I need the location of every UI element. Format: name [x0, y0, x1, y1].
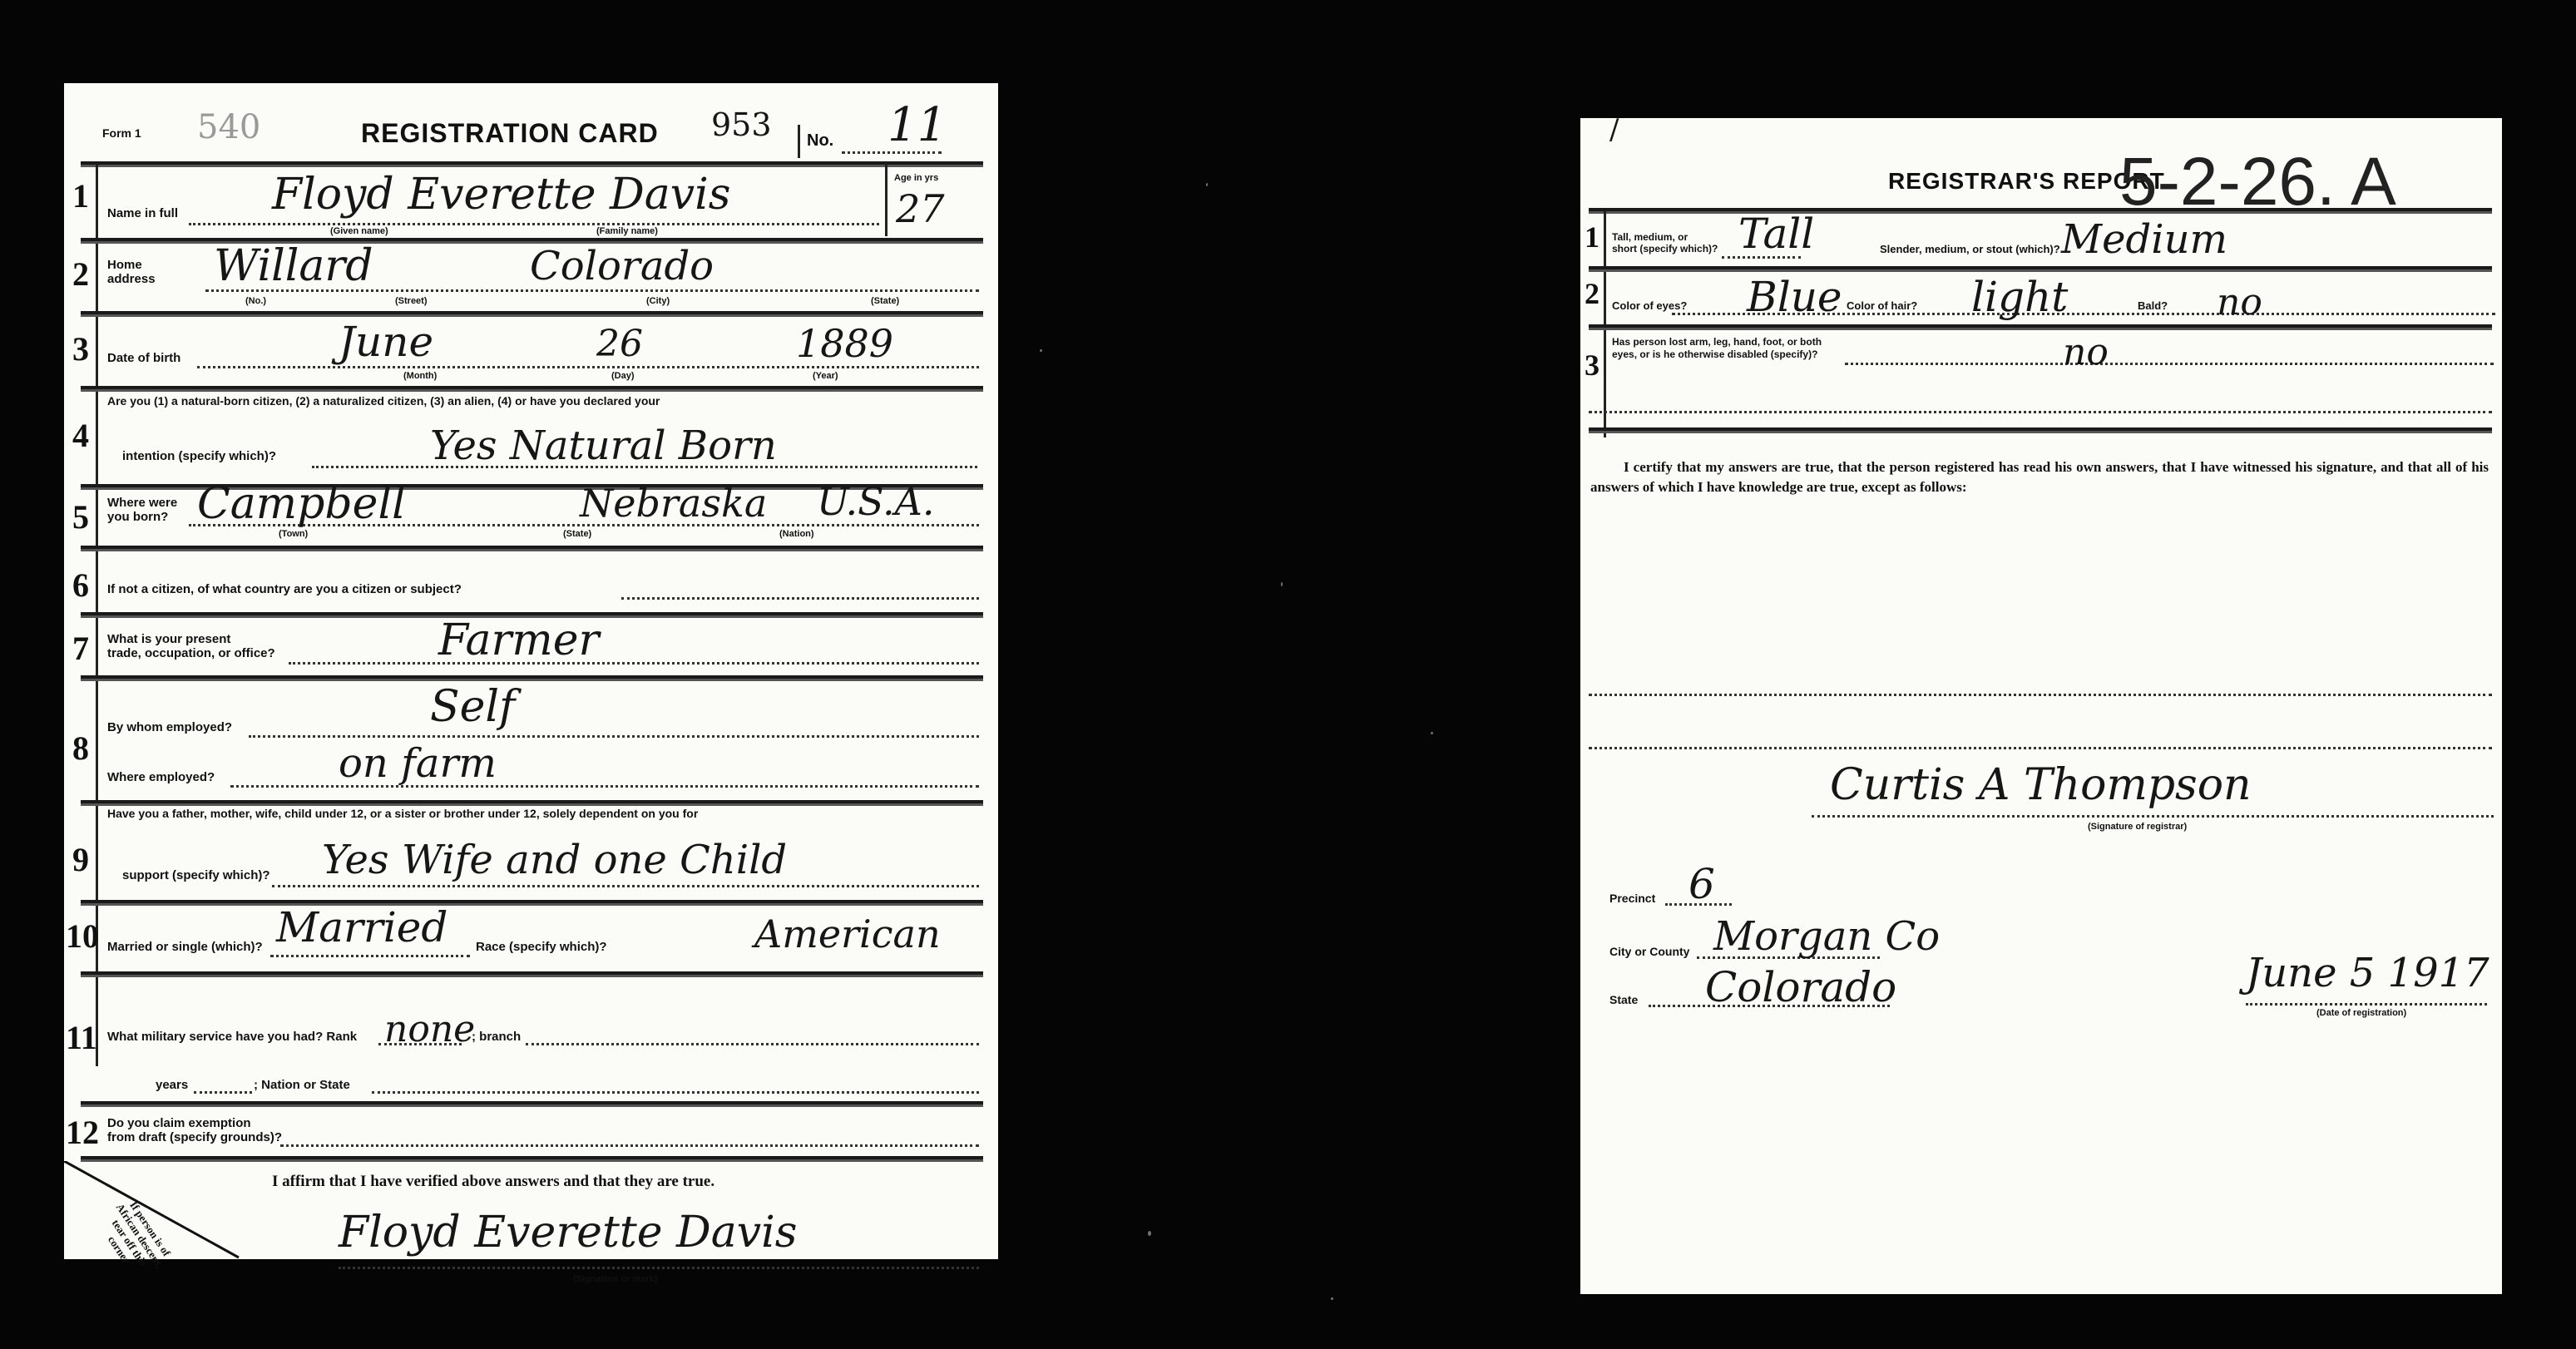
- row-number: 3: [1585, 348, 1599, 383]
- name-label: Name in full: [107, 206, 178, 220]
- given-name-caption: (Given name): [330, 226, 388, 236]
- row-number: 3: [72, 329, 89, 368]
- dob-year-value: 1889: [796, 321, 893, 366]
- affirmation-text: I affirm that I have verified above answ…: [272, 1173, 714, 1191]
- row-number: 4: [72, 416, 89, 455]
- registrar-signature-caption: (Signature of registrar): [2088, 822, 2187, 832]
- pencil-number: 540: [197, 108, 260, 146]
- employer-value: Self: [430, 682, 515, 732]
- military-rank-label: What military service have you had? Rank: [107, 1030, 357, 1044]
- street-caption: (Street): [395, 296, 428, 306]
- state-label: State: [1609, 993, 1638, 1006]
- hair-color-value: light: [1971, 273, 2068, 321]
- dob-day-value: 26: [596, 323, 643, 365]
- foreign-citizenship-label: If not a citizen, of what country are yo…: [107, 582, 462, 596]
- employment-place-value: on farm: [339, 740, 497, 787]
- bald-label: Bald?: [2138, 299, 2168, 312]
- registrant-signature: Floyd Everette Davis: [339, 1208, 797, 1258]
- row-number: 8: [72, 729, 89, 768]
- film-speck: [1206, 183, 1208, 186]
- state-caption: (State): [871, 296, 899, 306]
- registrars-report-card: / REGISTRAR'S REPORT 5-2-26. A 1 Tall, m…: [1580, 118, 2502, 1294]
- citizenship-value: Yes Natural Born: [430, 422, 777, 469]
- age-value: 27: [896, 186, 945, 231]
- film-speck: [1281, 582, 1283, 586]
- film-speck: [1148, 1231, 1151, 1236]
- signature-caption: (Signature or mark): [573, 1274, 657, 1284]
- film-speck: [1431, 732, 1433, 734]
- birth-town-value: Campbell: [197, 479, 406, 529]
- city-caption: (City): [646, 296, 670, 306]
- month-caption: (Month): [403, 371, 437, 381]
- no-caption: (No.): [245, 296, 266, 306]
- form-label: Form 1: [102, 126, 141, 140]
- nation-caption: (Nation): [779, 529, 814, 539]
- year-caption: (Year): [813, 371, 838, 381]
- dependents-question: Have you a father, mother, wife, child u…: [107, 807, 698, 820]
- row-number: 7: [72, 629, 89, 668]
- dob-month-value: June: [339, 318, 433, 366]
- disability-label: Has person lost arm, leg, hand, foot, or…: [1612, 336, 1822, 361]
- citizenship-question: Are you (1) a natural-born citizen, (2) …: [107, 394, 660, 408]
- row-number: 2: [72, 254, 89, 294]
- employment-place-label: Where employed?: [107, 770, 215, 784]
- occupation-label: What is your presenttrade, occupation, o…: [107, 632, 275, 660]
- state-value: Colorado: [1705, 963, 1896, 1011]
- build-label: Slender, medium, or stout (which)?: [1880, 243, 2060, 255]
- birth-state-value: Nebraska: [580, 481, 767, 526]
- row-number: 1: [72, 176, 89, 215]
- employer-label: By whom employed?: [107, 720, 232, 734]
- military-years-label: years: [156, 1078, 188, 1092]
- exemption-label: Do you claim exemptionfrom draft (specif…: [107, 1116, 282, 1144]
- county-value: Morgan Co: [1713, 913, 1940, 960]
- age-label: Age in yrs: [894, 173, 938, 183]
- pencil-mark: /: [1609, 113, 1619, 146]
- home-address-label: Homeaddress: [107, 258, 156, 286]
- registration-date-caption: (Date of registration): [2316, 1008, 2406, 1018]
- marital-status-value: Married: [276, 903, 447, 951]
- registrar-signature: Curtis A Thompson: [1830, 760, 2252, 810]
- precinct-value: 6: [1688, 860, 1715, 908]
- row-number: 10: [66, 917, 99, 956]
- film-speck: [1040, 349, 1042, 352]
- military-rank-value: none: [384, 1008, 475, 1050]
- state-caption: (State): [563, 529, 591, 539]
- county-label: City or County: [1609, 945, 1689, 958]
- race-value: American: [754, 912, 941, 956]
- row-number: 1: [1585, 220, 1599, 254]
- dependents-value: Yes Wife and one Child: [322, 837, 787, 883]
- row-number: 5: [72, 497, 89, 536]
- eye-color-value: Blue: [1747, 273, 1842, 321]
- race-label: Race (specify which)?: [476, 940, 607, 954]
- occupation-value: Farmer: [438, 615, 599, 665]
- build-value: Medium: [2061, 216, 2227, 263]
- film-speck: [1331, 1297, 1333, 1300]
- card-title: REGISTRATION CARD: [361, 118, 659, 149]
- military-nation-label: ; Nation or State: [254, 1078, 350, 1092]
- height-value: Tall: [1738, 210, 1814, 258]
- full-name-value: Floyd Everette Davis: [272, 170, 730, 220]
- military-branch-label: ; branch: [472, 1030, 521, 1044]
- height-label: Tall, medium, orshort (specify which)?: [1612, 231, 1718, 254]
- card-serial: 953: [711, 106, 772, 143]
- precinct-label: Precinct: [1609, 892, 1655, 905]
- row-number: 12: [66, 1113, 99, 1152]
- row-number: 6: [72, 566, 89, 605]
- registration-card: Form 1 540 REGISTRATION CARD 953 No. 11 …: [64, 83, 998, 1259]
- row-number: 2: [1585, 276, 1599, 311]
- row-number: 11: [66, 1018, 97, 1057]
- row-number: 9: [72, 840, 89, 879]
- citizenship-label: intention (specify which)?: [122, 449, 276, 463]
- town-caption: (Town): [279, 529, 308, 539]
- registration-date-value: June 5 1917: [2246, 950, 2489, 996]
- marital-status-label: Married or single (which)?: [107, 940, 263, 954]
- no-label: No.: [807, 131, 833, 151]
- dob-label: Date of birth: [107, 351, 180, 365]
- dependents-label: support (specify which)?: [122, 868, 270, 882]
- day-caption: (Day): [611, 371, 635, 381]
- card-number: 11: [888, 98, 947, 152]
- certification-text: I certify that my answers are true, that…: [1590, 457, 2489, 497]
- hair-color-label: Color of hair?: [1847, 299, 1917, 312]
- address-street-value: Willard: [214, 241, 373, 291]
- eye-color-label: Color of eyes?: [1612, 299, 1687, 312]
- family-name-caption: (Family name): [596, 226, 658, 236]
- birthplace-label: Where wereyou born?: [107, 496, 177, 524]
- bald-value: no: [2217, 281, 2262, 324]
- address-city-value: Colorado: [530, 243, 714, 289]
- birth-nation-value: U.S.A.: [817, 479, 935, 524]
- disability-value: no: [2063, 331, 2109, 373]
